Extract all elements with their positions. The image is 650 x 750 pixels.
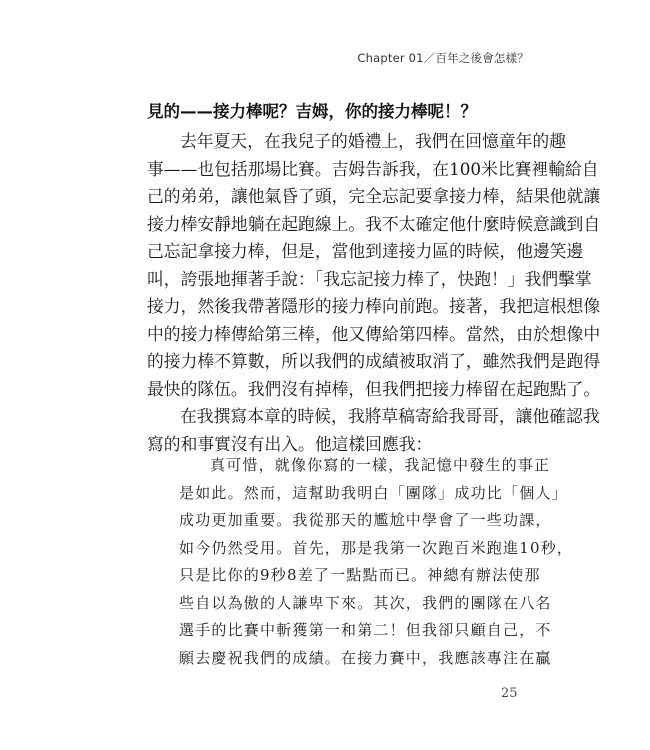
quote-line: 是如此。然而，這幫助我明白「團隊」成功比「個人」 bbox=[179, 480, 492, 508]
section-heading: 見的——接力棒呢？吉姆，你的接力棒呢！？ bbox=[147, 101, 527, 123]
text-line: 己忘記拿接力棒，但是，當他到達接力區的時候，他邊笑邊 bbox=[147, 238, 519, 266]
quote-line: 願去慶祝我們的成績。在接力賽中，我應該專注在贏 bbox=[179, 645, 492, 673]
quote-line: 真可惜，就像你寫的一樣，我記憶中發生的事正 bbox=[179, 452, 492, 480]
body-text: 去年夏天，在我兒子的婚禮上，我們在回憶童年的趣 事——也包括那場比賽。吉姆告訴我… bbox=[147, 128, 519, 458]
text-line: 的接力棒不算數，所以我們的成績被取消了，雖然我們是跑得 bbox=[147, 348, 519, 376]
page-number: 25 bbox=[501, 686, 518, 701]
quote-line: 些自以為傲的人謙卑下來。其次，我們的團隊在八名 bbox=[179, 590, 492, 618]
text-line: 在我撰寫本章的時候，我將草稿寄給我哥哥，讓他確認我 bbox=[147, 403, 519, 431]
quote-line: 如今仍然受用。首先，那是我第一次跑百米跑進10秒， bbox=[179, 535, 492, 563]
quote-line: 只是比你的9秒8差了一點點而已。神總有辦法使那 bbox=[179, 562, 492, 590]
text-line: 最快的隊伍。我們沒有掉棒，但我們把接力棒留在起跑點了。 bbox=[147, 376, 519, 404]
quote-line: 成功更加重要。我從那天的尷尬中學會了一些功課， bbox=[179, 507, 492, 535]
text-line: 去年夏天，在我兒子的婚禮上，我們在回憶童年的趣 bbox=[147, 128, 519, 156]
text-line: 叫，誇張地揮著手說：「我忘記接力棒了，快跑！」我們擊掌 bbox=[147, 266, 519, 294]
block-quote: 真可惜，就像你寫的一樣，我記憶中發生的事正 是如此。然而，這幫助我明白「團隊」成… bbox=[179, 452, 492, 672]
running-header: Chapter 01／百年之後會怎樣？ bbox=[357, 50, 529, 66]
text-line: 接力，然後我帶著隱形的接力棒向前跑。接著，我把這根想像 bbox=[147, 293, 519, 321]
text-line: 中的接力棒傳給第三棒，他又傳給第四棒。當然，由於想像中 bbox=[147, 321, 519, 349]
text-line: 事——也包括那場比賽。吉姆告訴我，在100米比賽裡輸給自 bbox=[147, 156, 519, 184]
text-line: 接力棒安靜地躺在起跑線上。我不太確定他什麼時候意識到自 bbox=[147, 211, 519, 239]
text-line: 己的弟弟，讓他氣昏了頭，完全忘記要拿接力棒，結果他就讓 bbox=[147, 183, 519, 211]
quote-line: 選手的比賽中斬獲第一和第二！但我卻只顧自己，不 bbox=[179, 617, 492, 645]
